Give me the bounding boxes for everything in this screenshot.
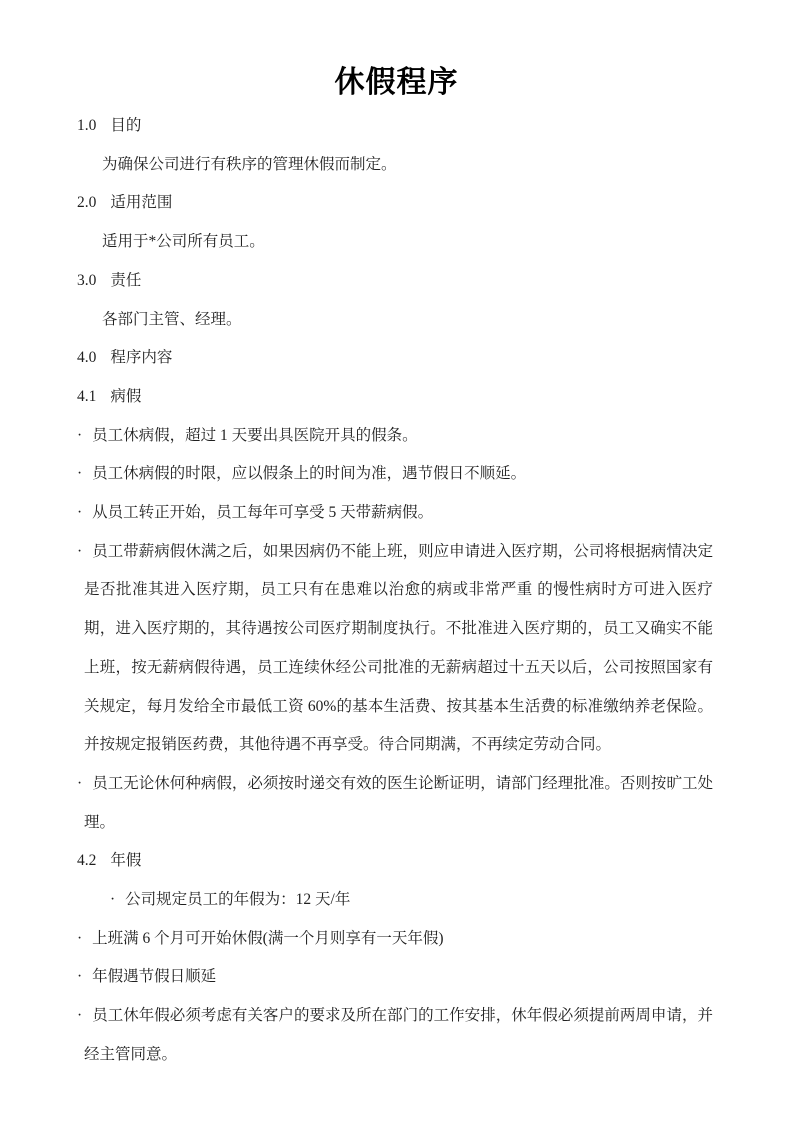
- bullet-marker: ·: [77, 968, 82, 985]
- bullet-item: ·员工休病假，超过 1 天要出具医院开具的假条。: [77, 417, 713, 456]
- bullet-marker: ·: [77, 930, 82, 947]
- document-body: 1.0目的为确保公司进行有秩序的管理休假而制定。2.0适用范围适用于*公司所有员…: [77, 107, 713, 1075]
- section-heading: 1.0目的: [77, 107, 713, 146]
- bullet-marker: ·: [77, 465, 82, 482]
- bullet-marker: ·: [77, 504, 82, 521]
- bullet-marker: ·: [77, 775, 82, 792]
- bullet-item: ·从员工转正开始，员工每年可享受 5 天带薪病假。: [77, 494, 713, 533]
- heading-label: 年假: [110, 852, 141, 869]
- heading-label: 目的: [110, 117, 141, 134]
- bullet-item: ·员工休病假的时限，应以假条上的时间为准，遇节假日不顺延。: [77, 455, 713, 494]
- section-heading: 4.0程序内容: [77, 339, 713, 378]
- heading-label: 责任: [110, 272, 141, 289]
- heading-label: 适用范围: [110, 194, 172, 211]
- bullet-item: ·年假遇节假日顺延: [77, 958, 713, 997]
- bullet-marker: ·: [77, 1007, 82, 1024]
- heading-number: 2.0: [77, 194, 96, 211]
- heading-label: 程序内容: [110, 349, 172, 366]
- paragraph: 为确保公司进行有秩序的管理休假而制定。: [77, 146, 713, 185]
- section-heading: 2.0适用范围: [77, 184, 713, 223]
- bullet-item: ·员工带薪病假休满之后，如果因病仍不能上班，则应申请进入医疗期，公司将根据病情决…: [77, 533, 713, 765]
- heading-number: 3.0: [77, 272, 96, 289]
- heading-number: 4.0: [77, 349, 96, 366]
- paragraph: 各部门主管、经理。: [77, 301, 713, 340]
- bullet-item: ·上班满 6 个月可开始休假(满一个月则享有一天年假): [77, 920, 713, 959]
- bullet-item: ·员工休年假必须考虑有关客户的要求及所在部门的工作安排，休年假必须提前两周申请，…: [77, 997, 713, 1074]
- bullet-marker: ·: [77, 543, 82, 560]
- section-heading: 3.0责任: [77, 262, 713, 301]
- section-heading: 4.2年假: [77, 842, 713, 881]
- sub-bullet-item: ·公司规定员工的年假为：12 天/年: [77, 881, 713, 920]
- document-title: 休假程序: [0, 0, 793, 104]
- bullet-item: ·员工无论休何种病假，必须按时递交有效的医生论断证明，请部门经理批准。否则按旷工…: [77, 765, 713, 842]
- bullet-marker: ·: [77, 427, 82, 444]
- heading-number: 4.1: [77, 388, 96, 405]
- section-heading: 4.1病假: [77, 378, 713, 417]
- paragraph: 适用于*公司所有员工。: [77, 223, 713, 262]
- heading-label: 病假: [110, 388, 141, 405]
- heading-number: 4.2: [77, 852, 96, 869]
- bullet-marker: ·: [110, 891, 115, 908]
- heading-number: 1.0: [77, 117, 96, 134]
- document-page: 休假程序 1.0目的为确保公司进行有秩序的管理休假而制定。2.0适用范围适用于*…: [0, 0, 793, 1122]
